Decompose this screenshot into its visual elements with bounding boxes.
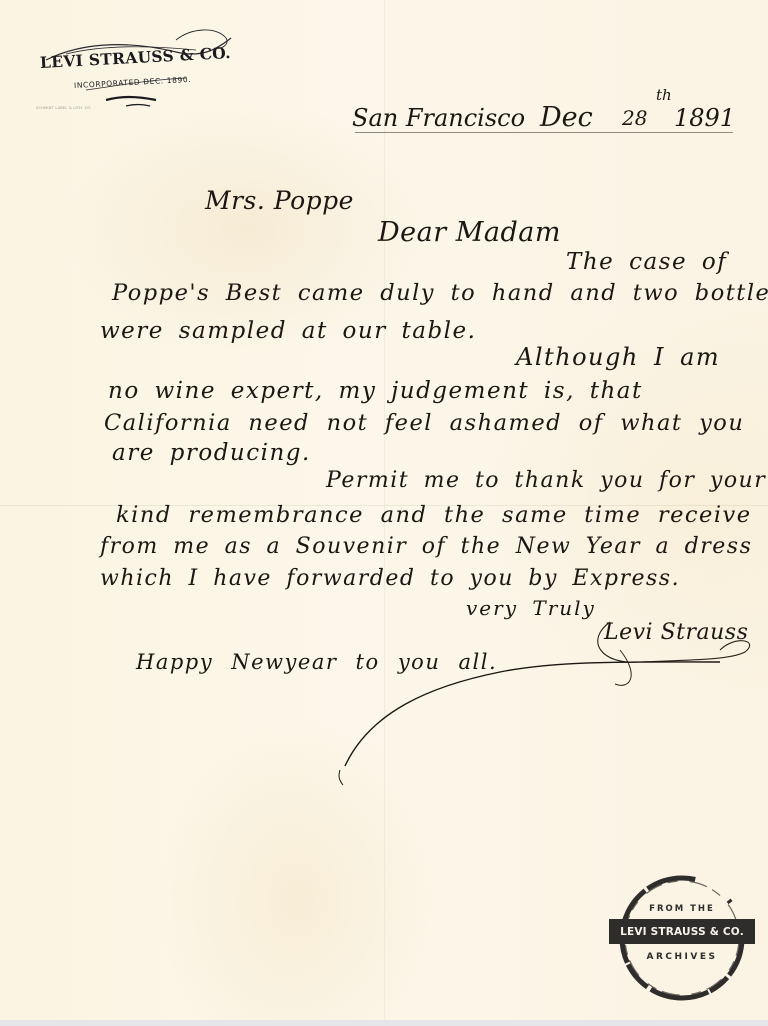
stamp-bottom-text: ARCHIVES <box>612 952 752 962</box>
stamp-band-text: LEVI STRAUSS & CO. <box>620 926 744 938</box>
letter-paper: LEVI STRAUSS & CO. INCORPORATED DEC. 189… <box>0 0 768 1020</box>
scan-edge <box>0 1020 768 1026</box>
stamp-top-text: FROM THE <box>612 904 752 914</box>
archive-stamp: FROM THE LEVI STRAUSS & CO. ARCHIVES <box>612 870 752 1010</box>
stamp-band: LEVI STRAUSS & CO. <box>609 919 755 944</box>
signature-flourish-icon <box>0 0 768 1020</box>
